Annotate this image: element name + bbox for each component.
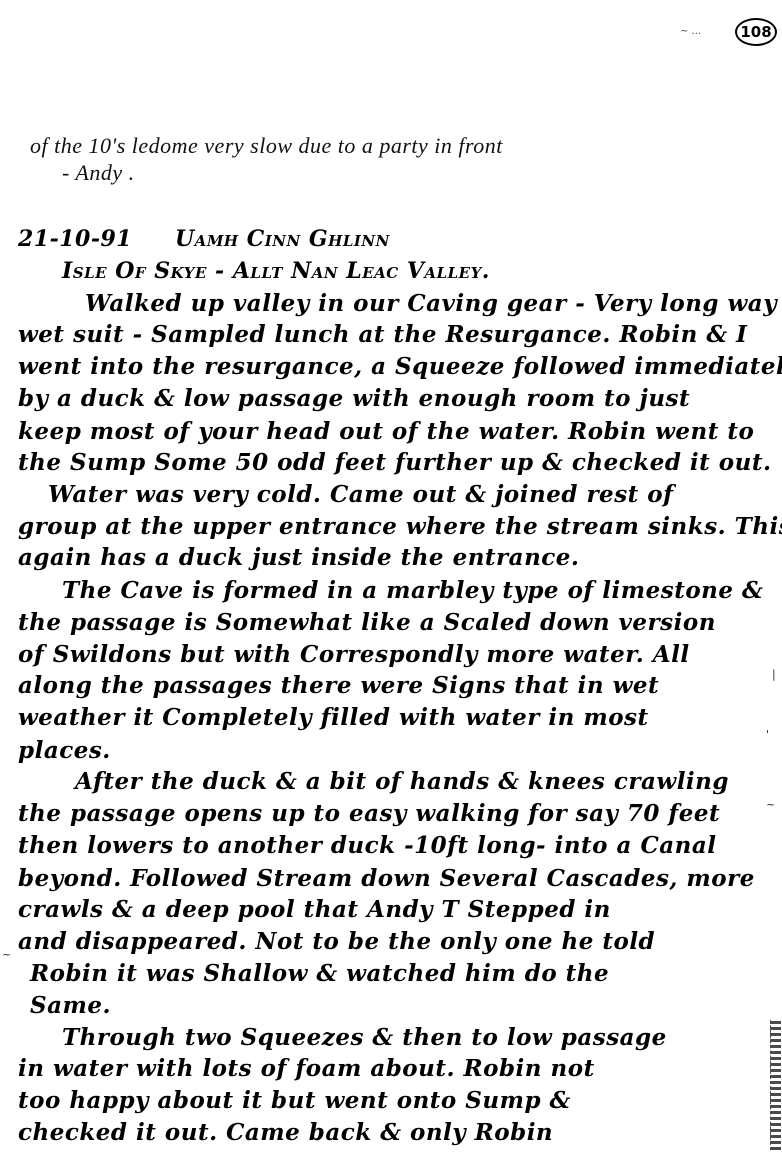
journal-line: of Swildons but with Correspondly more w… (18, 641, 690, 668)
journal-line: wet suit - Sampled lunch at the Resurgan… (18, 321, 747, 348)
journal-line: along the passages there were Signs that… (18, 672, 659, 699)
journal-line: Through two Squeezes & then to low passa… (62, 1024, 667, 1051)
journal-line: Water was very cold. Came out & joined r… (48, 481, 674, 508)
journal-line: weather it Completely filled with water … (18, 704, 649, 731)
margin-mark: | (772, 668, 776, 681)
journal-line: the passage opens up to easy walking for… (18, 800, 720, 827)
margin-mark: ' (766, 728, 769, 741)
journal-page: ~ ... 108 of the 10's ledome very slow d… (0, 0, 782, 1152)
margin-mark: ~ (766, 798, 775, 811)
scan-edge-artifact (770, 1020, 781, 1150)
journal-line: crawls & a deep pool that Andy T Stepped… (18, 896, 611, 923)
journal-line: too happy about it but went onto Sump & (18, 1087, 571, 1114)
continuation-line-2: - Andy . (62, 160, 135, 186)
journal-line: and disappeared. Not to be the only one … (18, 928, 655, 955)
journal-line: in water with lots of foam about. Robin … (18, 1055, 595, 1082)
continuation-line-1: of the 10's ledome very slow due to a pa… (30, 133, 503, 159)
journal-line: Same. (30, 992, 111, 1019)
journal-line: places. (18, 737, 111, 764)
journal-line: then lowers to another duck -10ft long- … (18, 832, 717, 859)
margin-scribble: ~ ... (680, 26, 701, 37)
journal-line: again has a duck just inside the entranc… (18, 544, 579, 571)
journal-line: Robin it was Shallow & watched him do th… (30, 960, 609, 987)
margin-mark: ~ (2, 948, 11, 961)
journal-line: the Sump Some 50 odd feet further up & c… (18, 449, 772, 476)
journal-line: went into the resurgance, a Squeeze foll… (18, 353, 782, 380)
journal-line: keep most of your head out of the water.… (18, 418, 754, 445)
location-line: Isle Of Skye - Allt Nan Leac Valley. (62, 258, 490, 284)
journal-line: checked it out. Came back & only Robin (18, 1119, 553, 1146)
cave-name: Uamh Cinn Ghlinn (175, 226, 390, 252)
journal-line: by a duck & low passage with enough room… (18, 385, 690, 412)
journal-line: beyond. Followed Stream down Several Cas… (18, 865, 755, 892)
journal-line: The Cave is formed in a marbley type of … (62, 577, 763, 604)
journal-line: group at the upper entrance where the st… (18, 513, 782, 540)
journal-line: the passage is Somewhat like a Scaled do… (18, 609, 716, 636)
journal-line: Walked up valley in our Caving gear - Ve… (85, 290, 782, 317)
page-number-circled: 108 (735, 18, 777, 46)
entry-date: 21-10-91 (18, 226, 132, 252)
journal-line: After the duck & a bit of hands & knees … (75, 768, 729, 795)
